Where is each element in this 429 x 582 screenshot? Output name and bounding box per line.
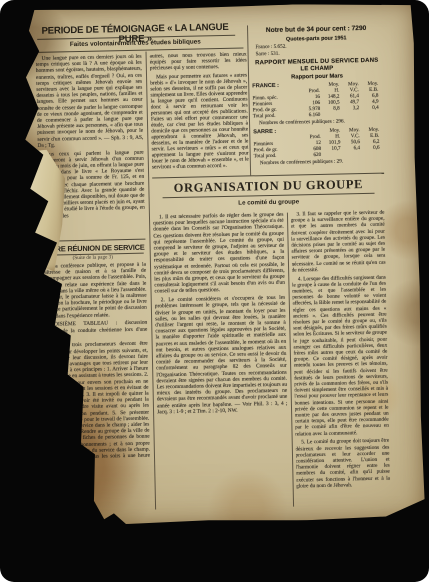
report-table-sarre: SARRE : Moy. Moy. Moy. Prod. H. V.C. E.B… bbox=[253, 126, 384, 166]
paragraph: Mais pour permettre aux futures « autres… bbox=[150, 72, 249, 170]
paragraph: 1. Il est nécessaire parfois de régler d… bbox=[153, 212, 285, 295]
report-title: RAPPORT MENSUEL DU SERVICE DANS LE CHAMP bbox=[252, 58, 382, 74]
paragraph: 4. Lorsque des difficultés surgissent da… bbox=[292, 274, 389, 437]
organisation-column-1: 1. Il est nécessaire parfois de régler d… bbox=[153, 212, 290, 509]
scan-background: PERIODE DE TÉMOIGNAGE « LA LANGUE PURE »… bbox=[0, 0, 429, 582]
paragraph: 5. Le comité du groupe doit toujours êtr… bbox=[295, 438, 390, 490]
paragraph: 3. Il faut se rappeler que le serviteur … bbox=[290, 210, 385, 274]
torn-paper-flap bbox=[27, 300, 52, 354]
page-number: 6 bbox=[45, 501, 48, 507]
monthly-report-panel: Notre but de 34 pour cent : 7290 Quotes-… bbox=[251, 25, 384, 176]
reunion-column: ...der la conférence publique, et propos… bbox=[40, 262, 151, 506]
paragraph: ...der la conférence publique, et propos… bbox=[40, 262, 147, 320]
organisation-column-2: 3. Il faut se rappeler que le serviteur … bbox=[290, 210, 390, 506]
page-content: PERIODE DE TÉMOIGNAGE « LA LANGUE PURE »… bbox=[21, 2, 426, 528]
quota-sarre: Sarre : 531. bbox=[256, 48, 382, 57]
newspaper-page: PERIODE DE TÉMOIGNAGE « LA LANGUE PURE »… bbox=[21, 2, 426, 528]
report-subtitle: Rapport pour Mars bbox=[252, 72, 382, 81]
paragraph: Deux ou trois proclamateurs devront être… bbox=[42, 341, 151, 467]
paragraph: autres, nous nous trouvons bien mieux éq… bbox=[150, 51, 247, 71]
table-footer: Nombres de conférences publiques : 296. bbox=[253, 118, 383, 127]
paragraph: TROISIÈME TABLEAU : discussion générale … bbox=[41, 320, 147, 341]
goal-line: Notre but de 34 pour cent : 7290 bbox=[251, 25, 381, 35]
organisation-section-subtitle: Le comité du groupe bbox=[153, 196, 385, 208]
paragraph: 2. Le comité considérera et s'occupera d… bbox=[155, 295, 288, 416]
period-column-2: autres, nous nous trouvons bien mieux éq… bbox=[150, 51, 250, 175]
report-table-france: FRANCE : Moy. Moy. Moy. Prod. H. V.C. E.… bbox=[252, 81, 383, 127]
paragraph: Une langue pure en ces derniers jours où… bbox=[36, 54, 144, 149]
